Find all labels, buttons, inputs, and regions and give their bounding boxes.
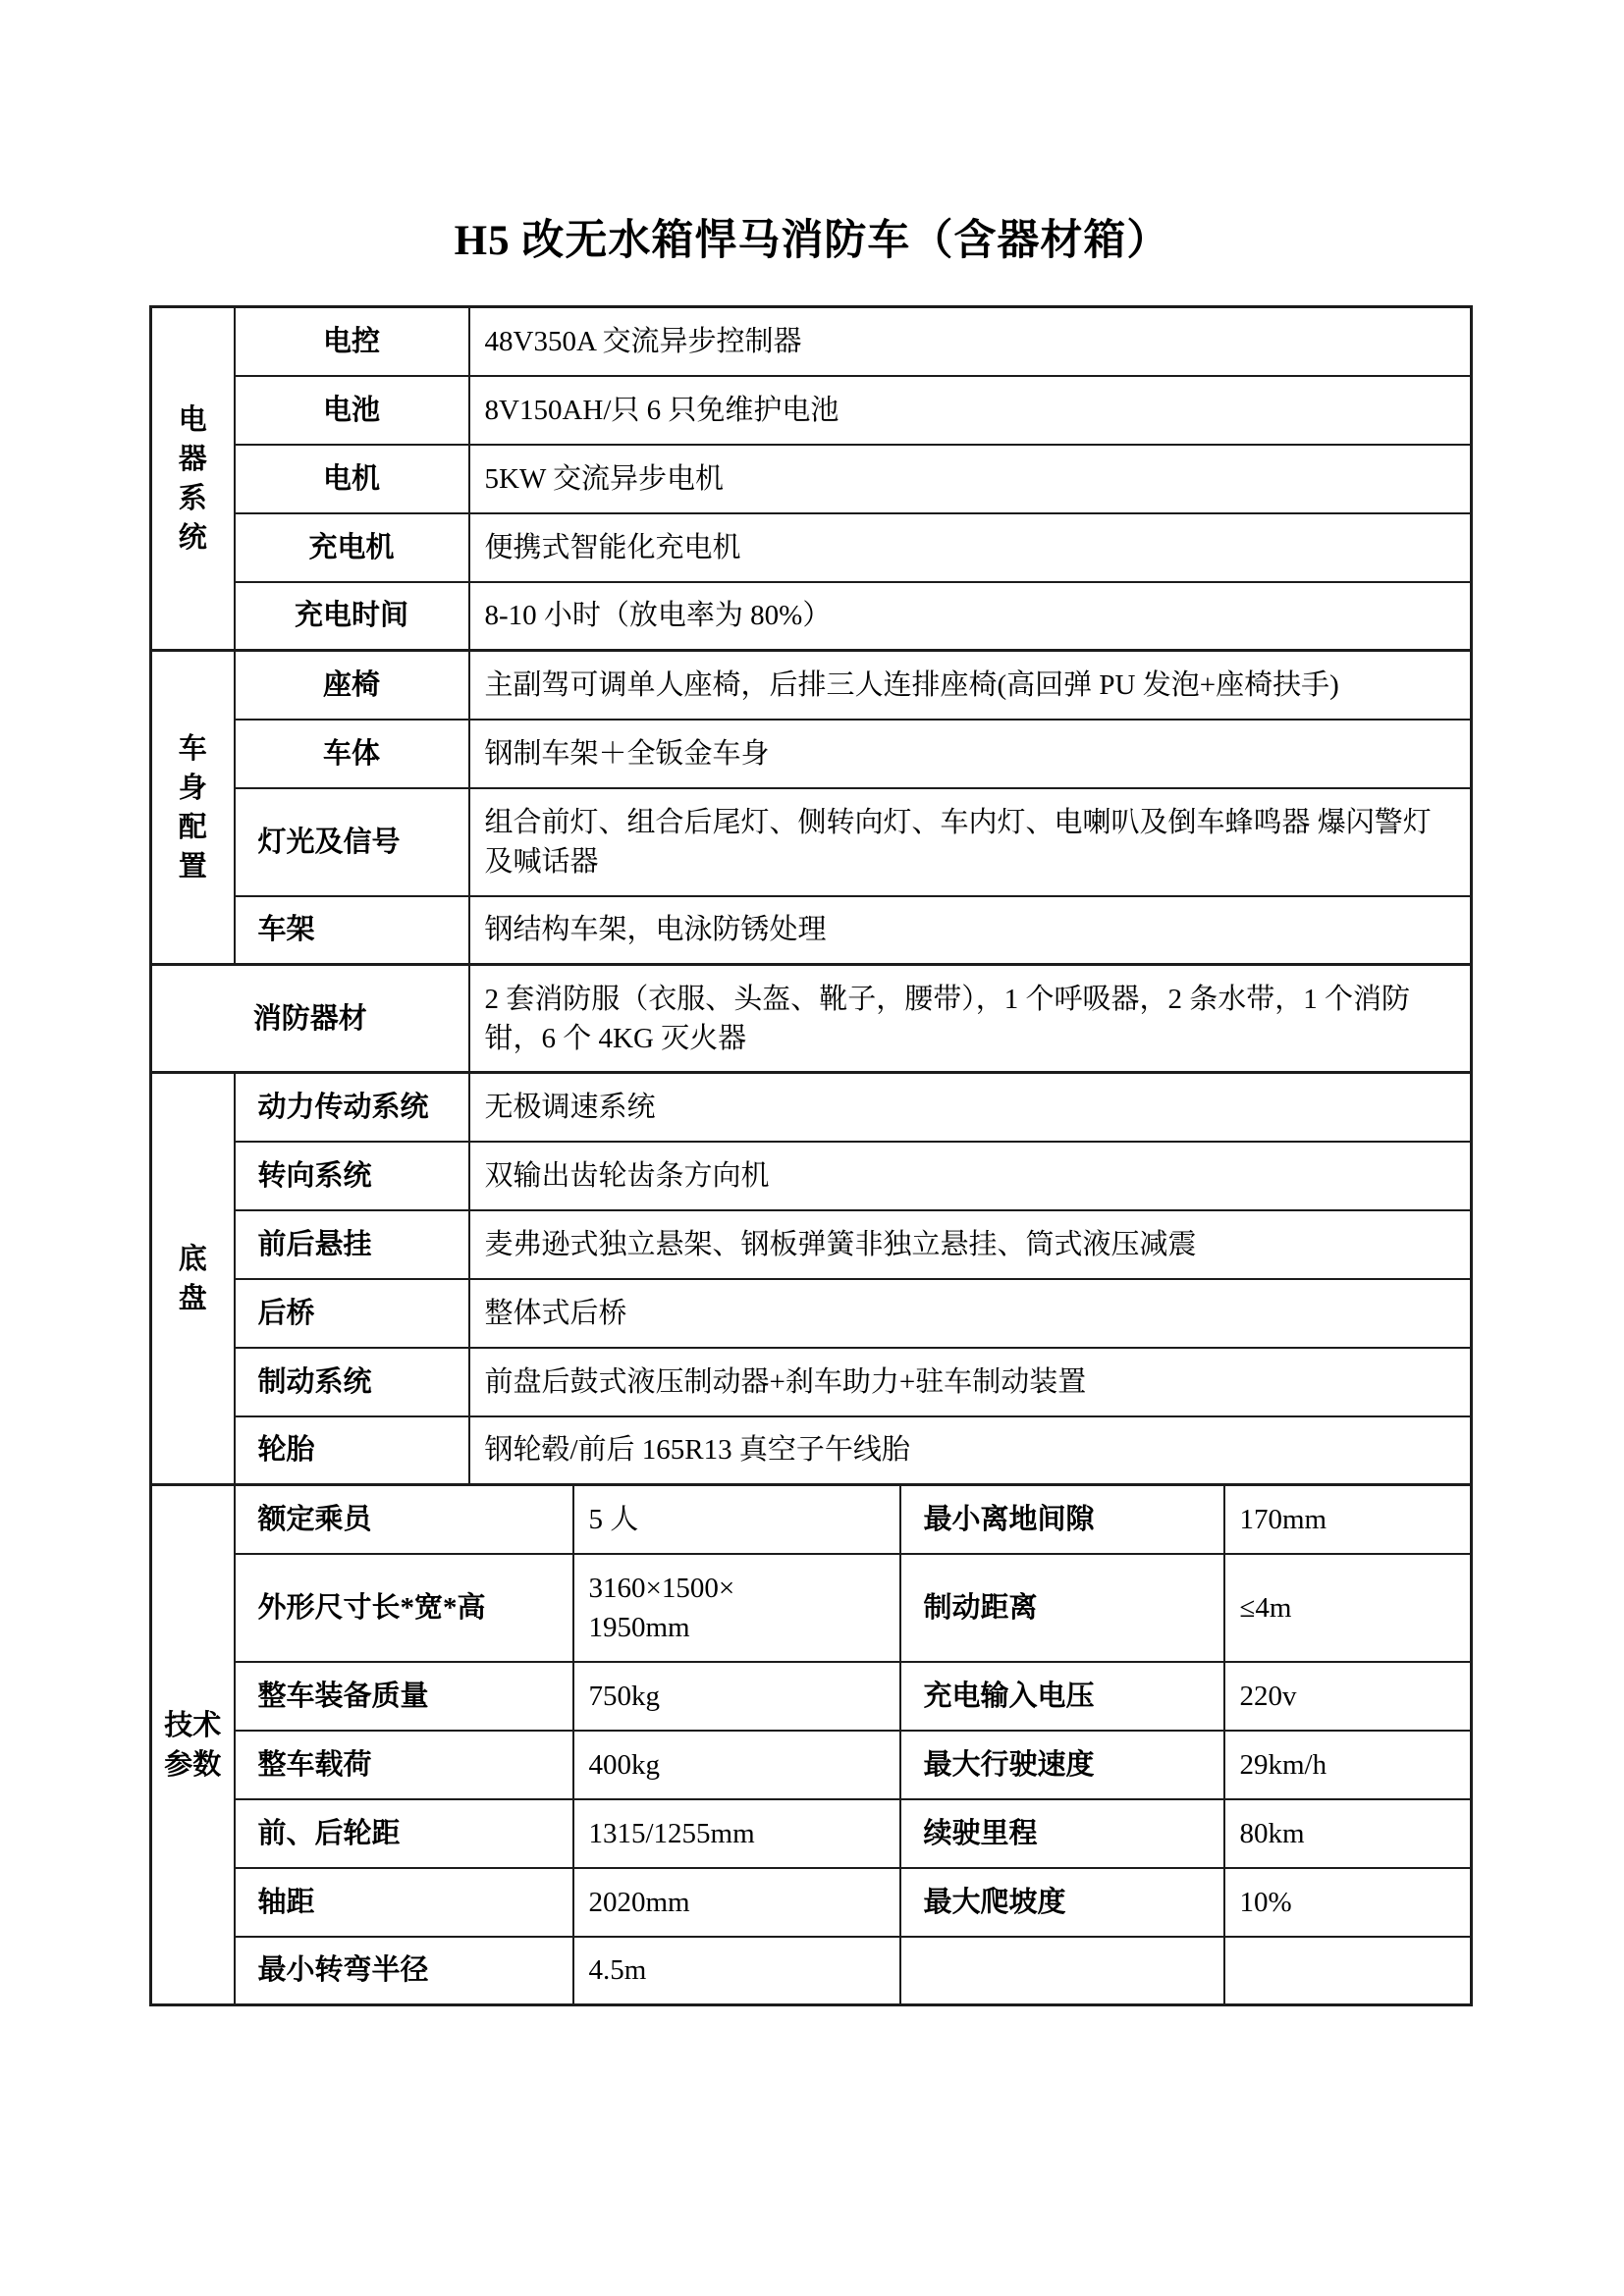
spec-label: 消防器材: [151, 965, 469, 1073]
spec-label: 制动系统: [235, 1348, 469, 1416]
spec-label: 充电机: [235, 513, 469, 582]
table-row: 整车装备质量 750kg 充电输入电压 220v: [151, 1662, 1472, 1731]
spec-value: 750kg: [573, 1662, 900, 1731]
table-row: 前、后轮距 1315/1255mm 续驶里程 80km: [151, 1799, 1472, 1868]
spec-value: 48V350A 交流异步控制器: [469, 307, 1472, 376]
spec-label: 前后悬挂: [235, 1210, 469, 1279]
spec-label: 整车装备质量: [235, 1662, 573, 1731]
spec-label: 续驶里程: [900, 1799, 1224, 1868]
spec-value: 400kg: [573, 1731, 900, 1799]
spec-value: 8V150AH/只 6 只免维护电池: [469, 376, 1472, 445]
table-row: 后桥 整体式后桥: [151, 1279, 1472, 1348]
spec-label: 电控: [235, 307, 469, 376]
section-electrical: 电 器 系 统 电控 48V350A 交流异步控制器 电池 8V150AH/只 …: [149, 305, 1473, 652]
spec-label: 电池: [235, 376, 469, 445]
spec-label: 外形尺寸长*宽*高: [235, 1554, 573, 1662]
spec-value: 3160×1500× 1950mm: [573, 1554, 900, 1662]
spec-label: 制动距离: [900, 1554, 1224, 1662]
spec-value: 220v: [1224, 1662, 1472, 1731]
document-page: H5 改无水箱悍马消防车（含器材箱） 电 器 系 统 电控 48V350A 交流…: [0, 0, 1624, 2296]
spec-table: 电 器 系 统 电控 48V350A 交流异步控制器 电池 8V150AH/只 …: [149, 305, 1470, 2006]
section-header-tech-params: 技术 参数: [151, 1485, 235, 2005]
table-row: 充电时间 8-10 小时（放电率为 80%）: [151, 582, 1472, 651]
spec-value: 钢结构车架，电泳防锈处理: [469, 896, 1472, 965]
table-row: 车 身 配 置 座椅 主副驾可调单人座椅，后排三人连排座椅(高回弹 PU 发泡+…: [151, 651, 1472, 720]
spec-value: 170mm: [1224, 1485, 1472, 1554]
table-row: 外形尺寸长*宽*高 3160×1500× 1950mm 制动距离 ≤4m: [151, 1554, 1472, 1662]
table-row: 电池 8V150AH/只 6 只免维护电池: [151, 376, 1472, 445]
table-row: 轮胎 钢轮毂/前后 165R13 真空子午线胎: [151, 1416, 1472, 1485]
spec-label: 充电输入电压: [900, 1662, 1224, 1731]
spec-value: 麦弗逊式独立悬架、钢板弹簧非独立悬挂、筒式液压减震: [469, 1210, 1472, 1279]
spec-label: 充电时间: [235, 582, 469, 651]
spec-label: 座椅: [235, 651, 469, 720]
spec-value: 2 套消防服（衣服、头盔、靴子，腰带），1 个呼吸器，2 条水带，1 个消防钳，…: [469, 965, 1472, 1073]
spec-label: 电机: [235, 445, 469, 513]
spec-value: 8-10 小时（放电率为 80%）: [469, 582, 1472, 651]
spec-value: 整体式后桥: [469, 1279, 1472, 1348]
section-header-chassis: 底 盘: [151, 1073, 235, 1485]
section-body-config: 车 身 配 置 座椅 主副驾可调单人座椅，后排三人连排座椅(高回弹 PU 发泡+…: [149, 649, 1473, 966]
table-row: 灯光及信号 组合前灯、组合后尾灯、侧转向灯、车内灯、电喇叭及倒车蜂鸣器 爆闪警灯…: [151, 788, 1472, 896]
spec-value: 5KW 交流异步电机: [469, 445, 1472, 513]
spec-value: 1315/1255mm: [573, 1799, 900, 1868]
table-row: 制动系统 前盘后鼓式液压制动器+刹车助力+驻车制动装置: [151, 1348, 1472, 1416]
table-row: 车体 钢制车架＋全钣金车身: [151, 720, 1472, 788]
spec-label: 整车载荷: [235, 1731, 573, 1799]
spec-label: 最大爬坡度: [900, 1868, 1224, 1937]
section-chassis: 底 盘 动力传动系统 无极调速系统 转向系统 双输出齿轮齿条方向机 前后悬挂 麦…: [149, 1071, 1473, 1486]
spec-label: 车体: [235, 720, 469, 788]
spec-label: 动力传动系统: [235, 1073, 469, 1142]
table-row: 消防器材 2 套消防服（衣服、头盔、靴子，腰带），1 个呼吸器，2 条水带，1 …: [151, 965, 1472, 1073]
spec-label: 前、后轮距: [235, 1799, 573, 1868]
table-row: 整车载荷 400kg 最大行驶速度 29km/h: [151, 1731, 1472, 1799]
table-row: 车架 钢结构车架，电泳防锈处理: [151, 896, 1472, 965]
spec-label: 最大行驶速度: [900, 1731, 1224, 1799]
spec-value: 5 人: [573, 1485, 900, 1554]
spec-label: [900, 1937, 1224, 2005]
section-tech-params: 技术 参数 额定乘员 5 人 最小离地间隙 170mm 外形尺寸长*宽*高 31…: [149, 1483, 1473, 2006]
spec-value: 钢制车架＋全钣金车身: [469, 720, 1472, 788]
spec-value: ≤4m: [1224, 1554, 1472, 1662]
spec-value: 80km: [1224, 1799, 1472, 1868]
table-row: 轴距 2020mm 最大爬坡度 10%: [151, 1868, 1472, 1937]
section-fire-equipment: 消防器材 2 套消防服（衣服、头盔、靴子，腰带），1 个呼吸器，2 条水带，1 …: [149, 963, 1473, 1074]
spec-value: 2020mm: [573, 1868, 900, 1937]
table-row: 电机 5KW 交流异步电机: [151, 445, 1472, 513]
table-row: 技术 参数 额定乘员 5 人 最小离地间隙 170mm: [151, 1485, 1472, 1554]
spec-value: 主副驾可调单人座椅，后排三人连排座椅(高回弹 PU 发泡+座椅扶手): [469, 651, 1472, 720]
spec-label: 后桥: [235, 1279, 469, 1348]
spec-label: 额定乘员: [235, 1485, 573, 1554]
table-row: 最小转弯半径 4.5m: [151, 1937, 1472, 2005]
spec-value: 无极调速系统: [469, 1073, 1472, 1142]
document-title: H5 改无水箱悍马消防车（含器材箱）: [0, 0, 1624, 265]
section-header-body-config: 车 身 配 置: [151, 651, 235, 965]
spec-label: 最小离地间隙: [900, 1485, 1224, 1554]
table-row: 底 盘 动力传动系统 无极调速系统: [151, 1073, 1472, 1142]
spec-label: 转向系统: [235, 1142, 469, 1210]
table-row: 转向系统 双输出齿轮齿条方向机: [151, 1142, 1472, 1210]
spec-label: 轮胎: [235, 1416, 469, 1485]
table-row: 前后悬挂 麦弗逊式独立悬架、钢板弹簧非独立悬挂、筒式液压减震: [151, 1210, 1472, 1279]
spec-value: 29km/h: [1224, 1731, 1472, 1799]
spec-value: 组合前灯、组合后尾灯、侧转向灯、车内灯、电喇叭及倒车蜂鸣器 爆闪警灯及喊话器: [469, 788, 1472, 896]
spec-value: 双输出齿轮齿条方向机: [469, 1142, 1472, 1210]
spec-value: 4.5m: [573, 1937, 900, 2005]
spec-label: 最小转弯半径: [235, 1937, 573, 2005]
table-row: 电 器 系 统 电控 48V350A 交流异步控制器: [151, 307, 1472, 376]
spec-value: 10%: [1224, 1868, 1472, 1937]
spec-value: 便携式智能化充电机: [469, 513, 1472, 582]
section-header-electrical: 电 器 系 统: [151, 307, 235, 651]
spec-label: 灯光及信号: [235, 788, 469, 896]
spec-value: 前盘后鼓式液压制动器+刹车助力+驻车制动装置: [469, 1348, 1472, 1416]
spec-value: 钢轮毂/前后 165R13 真空子午线胎: [469, 1416, 1472, 1485]
spec-value: [1224, 1937, 1472, 2005]
spec-label: 车架: [235, 896, 469, 965]
table-row: 充电机 便携式智能化充电机: [151, 513, 1472, 582]
spec-label: 轴距: [235, 1868, 573, 1937]
